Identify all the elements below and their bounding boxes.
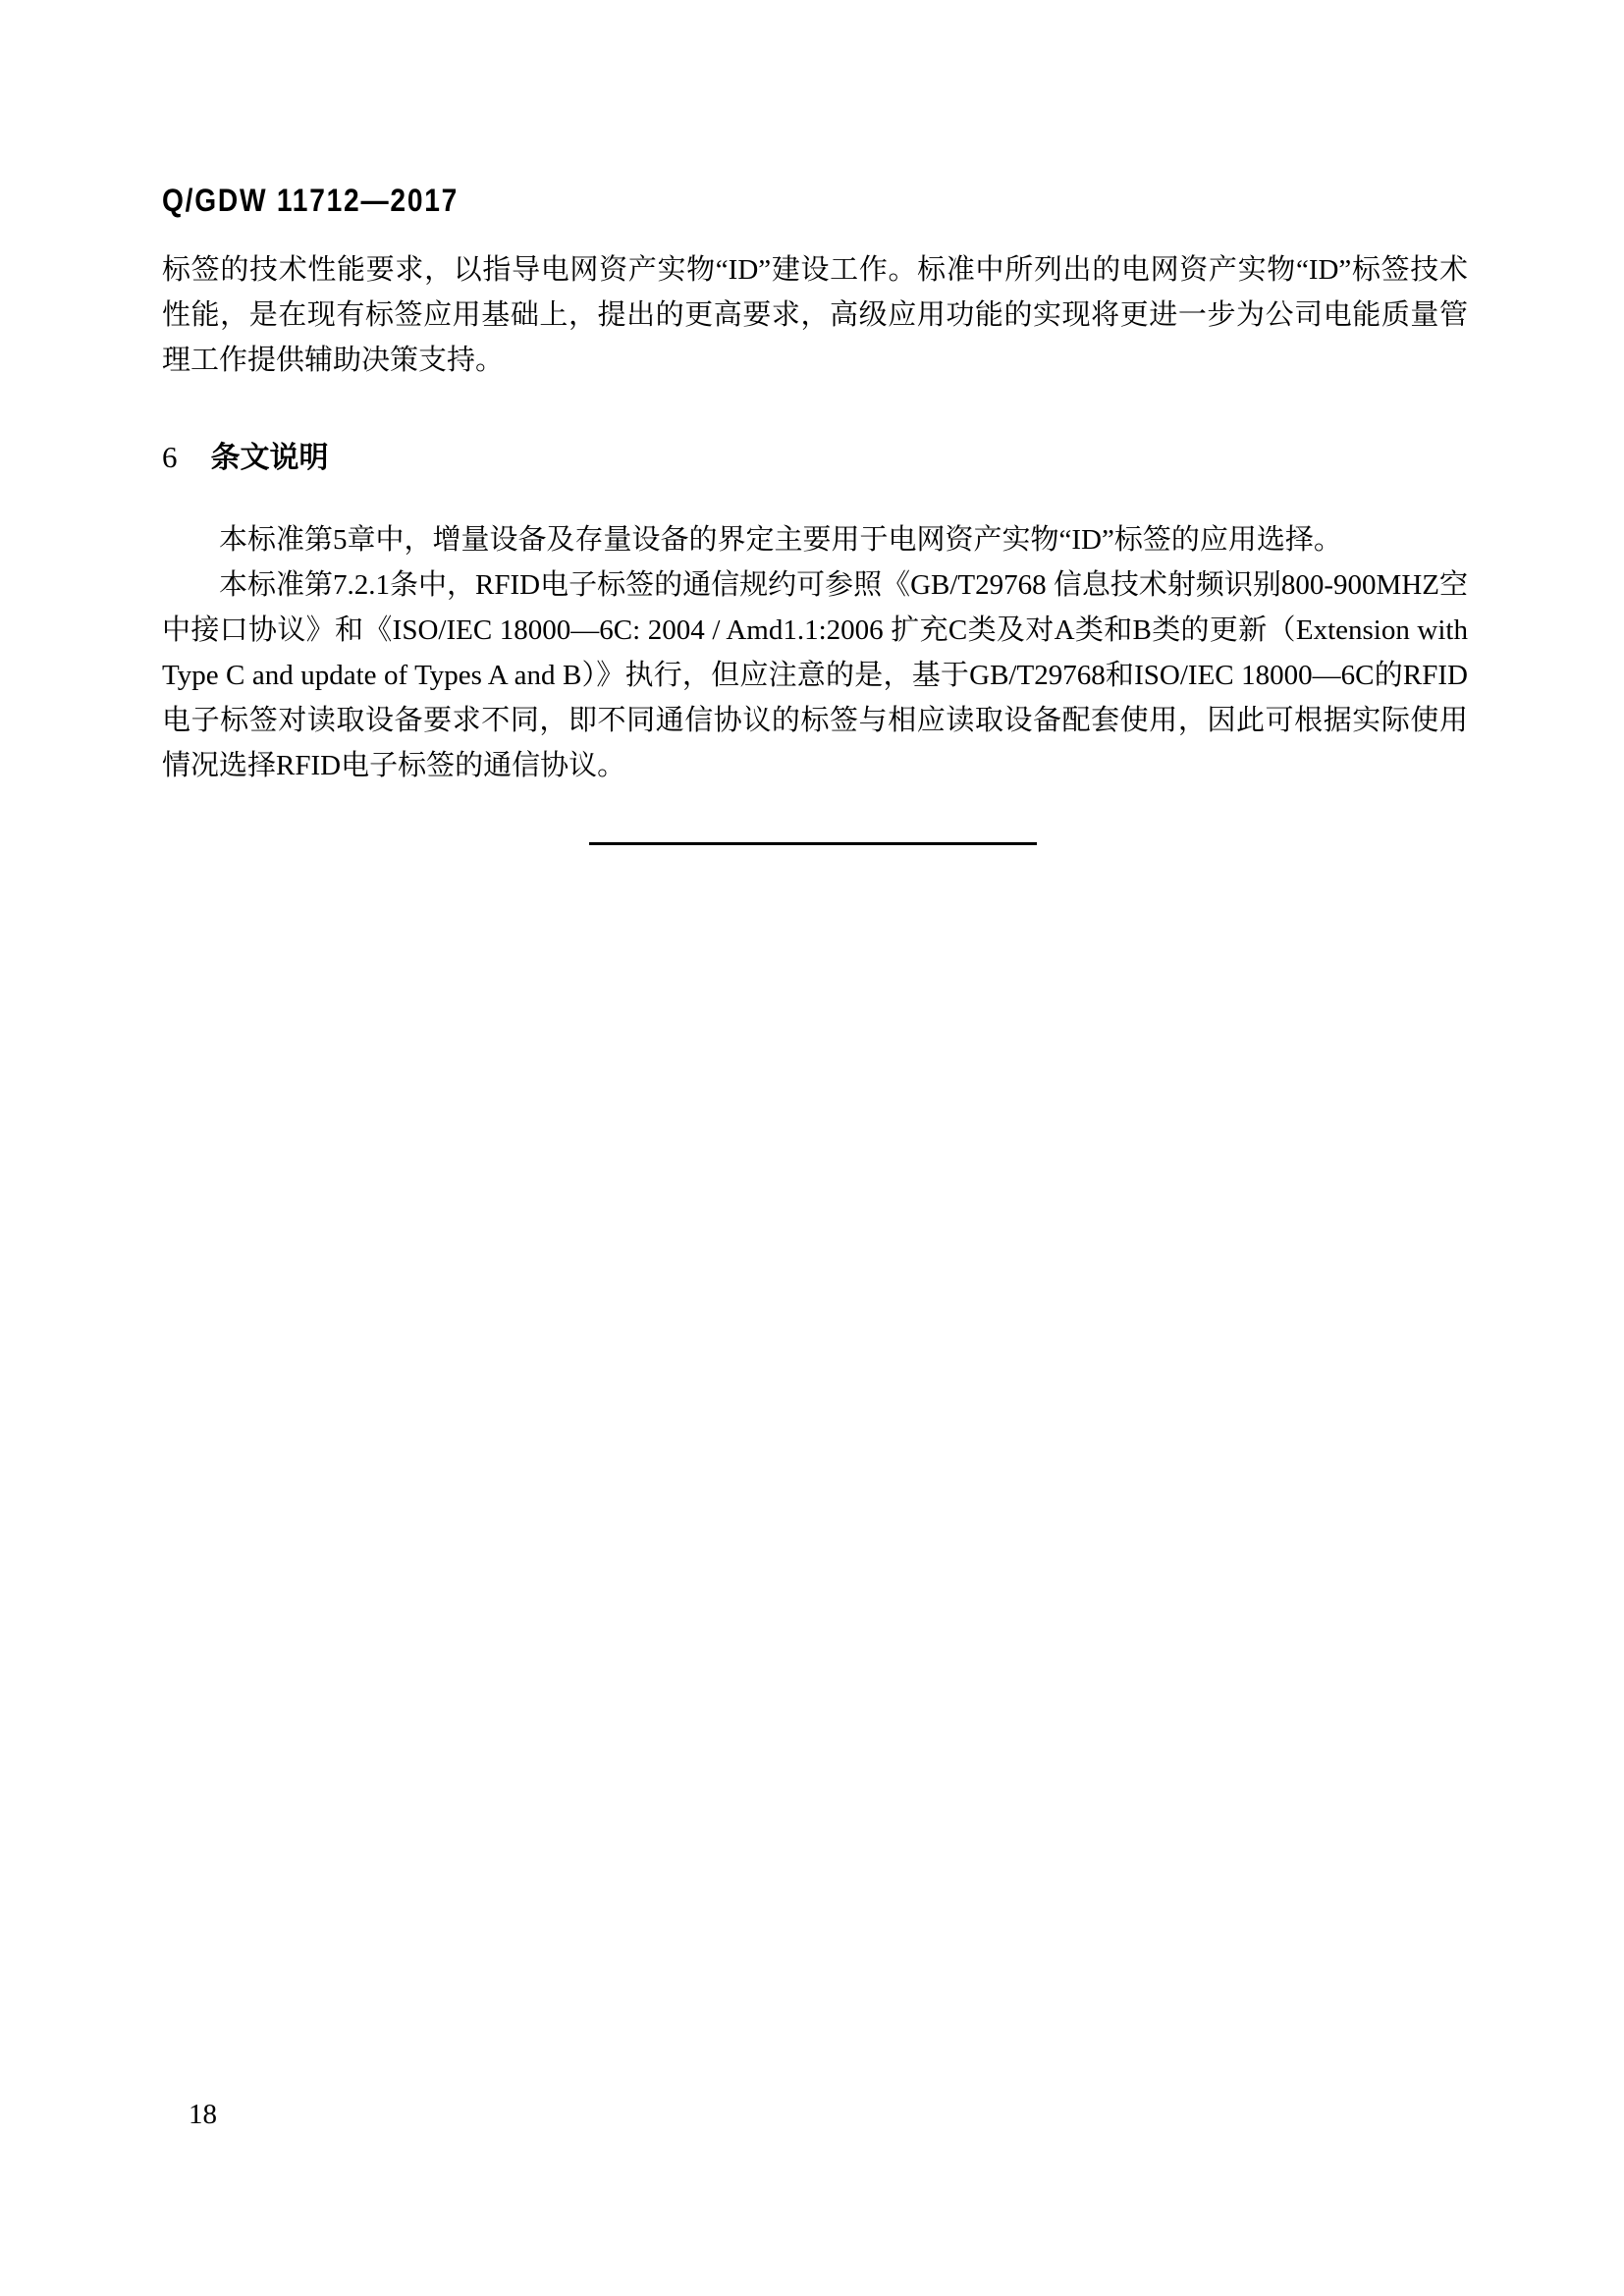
continuation-paragraph: 标签的技术性能要求，以指导电网资产实物“ID”建设工作。标准中所列出的电网资产实…	[162, 247, 1468, 383]
paragraph: 本标准第7.2.1条中，RFID电子标签的通信规约可参照《GB/T29768 信…	[162, 562, 1468, 788]
paragraph: 本标准第5章中，增量设备及存量设备的界定主要用于电网资产实物“ID”标签的应用选…	[162, 517, 1468, 562]
section-number: 6	[162, 438, 178, 477]
section-heading: 6条文说明	[162, 438, 1468, 478]
body-text: 标签的技术性能要求，以指导电网资产实物“ID”建设工作。标准中所列出的电网资产实…	[162, 247, 1468, 788]
running-header: Q/GDW 11712—2017	[162, 183, 459, 219]
page-number: 18	[189, 2095, 217, 2134]
end-of-document-rule	[589, 842, 1037, 845]
document-page: Q/GDW 11712—2017 标签的技术性能要求，以指导电网资产实物“ID”…	[0, 0, 1624, 2296]
section-title: 条文说明	[211, 442, 329, 474]
